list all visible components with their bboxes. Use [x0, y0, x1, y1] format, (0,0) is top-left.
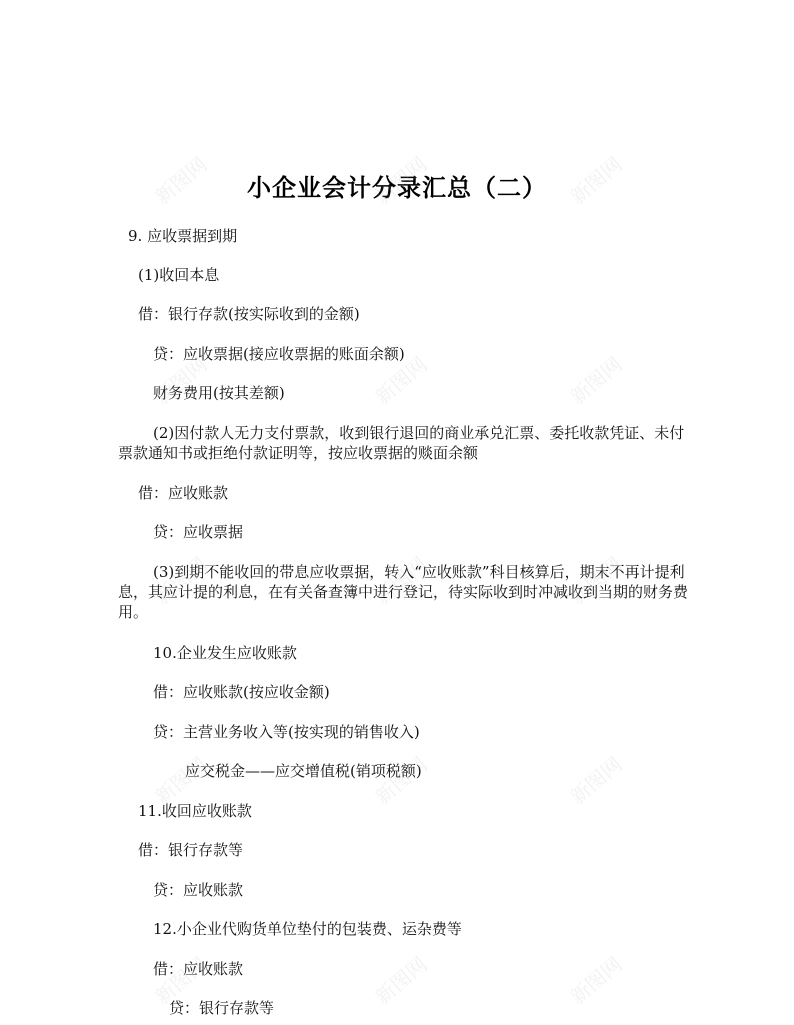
- section-heading-12: 12.小企业代购货单位垫付的包装费、运杂费等: [153, 919, 462, 939]
- debit-entry: 借：应收账款(按应收金额): [153, 682, 330, 702]
- watermark: 新图网: [563, 949, 628, 1010]
- debit-entry: 借：银行存款等: [138, 840, 243, 860]
- debit-entry: 借：银行存款(按实际收到的金额): [138, 304, 360, 324]
- watermark: 新图网: [563, 349, 628, 410]
- credit-entry: 贷：应收票据: [153, 522, 243, 542]
- credit-entry: 贷：银行存款等: [169, 998, 274, 1018]
- credit-entry-continued: 财务费用(按其差额): [153, 383, 285, 403]
- credit-entry: 贷：应收账款: [153, 880, 243, 900]
- credit-entry: 贷：主营业务收入等(按实现的销售收入): [153, 722, 420, 742]
- paragraph-2: (2)因付款人无力支付票款，收到银行退回的商业承兑汇票、委托收款凭证、未付票款通…: [118, 423, 688, 463]
- credit-entry-continued: 应交税金——应交增值税(销项税额): [185, 761, 422, 781]
- document-title: 小企业会计分录汇总（二）: [0, 168, 794, 203]
- section-heading-11: 11.收回应收账款: [138, 801, 252, 821]
- sub-heading-1: (1)收回本息: [138, 265, 219, 285]
- watermark: 新图网: [563, 749, 628, 810]
- debit-entry: 借：应收账款: [138, 483, 228, 503]
- credit-entry: 贷：应收票据(接应收票据的账面余额): [153, 344, 405, 364]
- section-heading-10: 10.企业发生应收账款: [153, 643, 297, 663]
- debit-entry: 借：应收账款: [153, 959, 243, 979]
- watermark: 新图网: [368, 949, 433, 1010]
- section-heading-9: 9. 应收票据到期: [128, 226, 237, 246]
- paragraph-3: (3)到期不能收回的带息应收票据，转入“应收账款”科目核算后，期末不再计提利息，…: [118, 562, 688, 622]
